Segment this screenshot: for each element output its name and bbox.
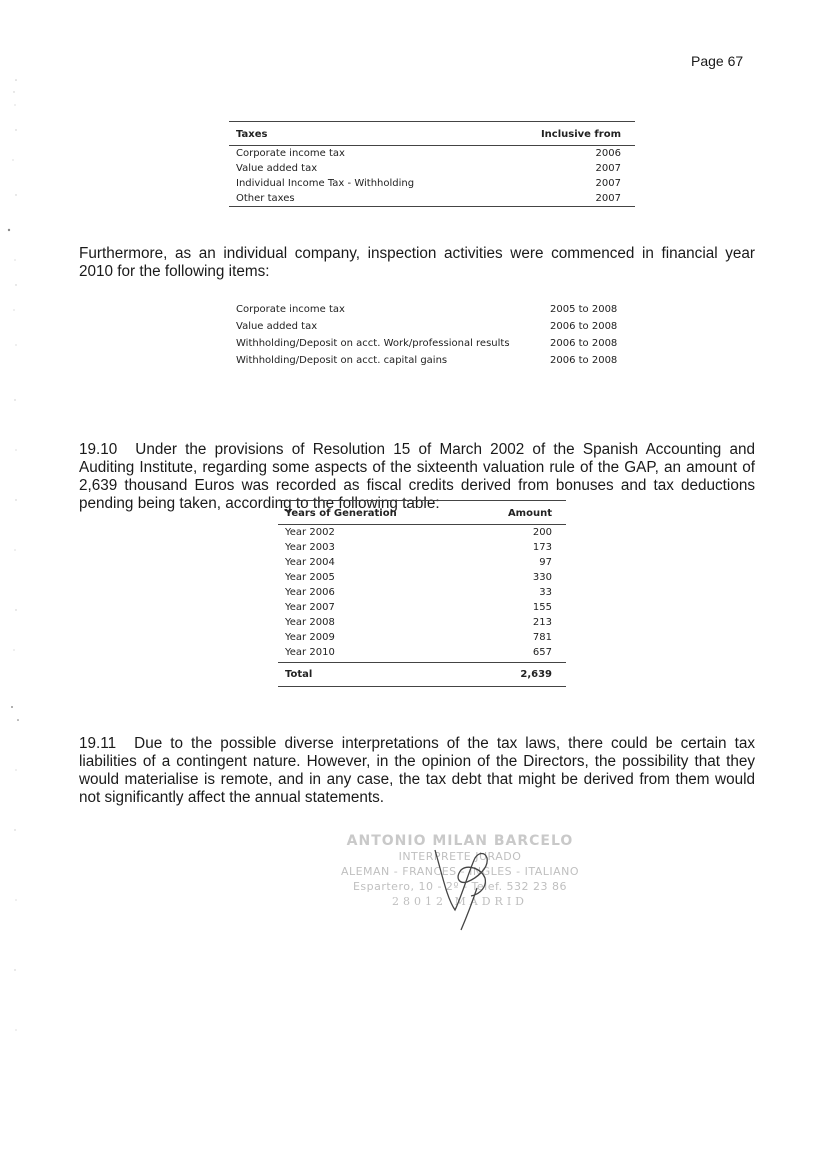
year-label: Year 2005 xyxy=(285,570,335,585)
section-number: 19.10 xyxy=(79,441,117,458)
header-amount: Amount xyxy=(508,508,552,519)
item-name: Withholding/Deposit on acct. capital gai… xyxy=(236,352,447,369)
table-row: Year 2009781 xyxy=(278,630,566,645)
year-label: Year 2007 xyxy=(285,600,335,615)
table-row: Year 200497 xyxy=(278,555,566,570)
table-row: Corporate income tax 2005 to 2008 xyxy=(229,301,629,318)
tax-year: 2007 xyxy=(596,161,621,176)
total-label: Total xyxy=(285,669,312,680)
amount-value: 213 xyxy=(533,615,552,630)
tax-name: Individual Income Tax - Withholding xyxy=(236,176,414,191)
header-inclusive-from: Inclusive from xyxy=(541,129,621,140)
table-row: Value added tax 2006 to 2008 xyxy=(229,318,629,335)
tax-year: 2007 xyxy=(596,176,621,191)
table-row: Individual Income Tax - Withholding 2007 xyxy=(229,176,635,191)
table-row: Corporate income tax 2006 xyxy=(229,146,635,161)
table-row: Year 2007155 xyxy=(278,600,566,615)
year-label: Year 2010 xyxy=(285,645,335,660)
year-label: Year 2004 xyxy=(285,555,335,570)
item-period: 2006 to 2008 xyxy=(550,352,622,369)
item-period: 2006 to 2008 xyxy=(550,335,622,352)
amount-value: 155 xyxy=(533,600,552,615)
table-header: Taxes Inclusive from xyxy=(229,121,635,146)
table-total-row: Total 2,639 xyxy=(278,662,566,687)
table-row: Withholding/Deposit on acct. Work/profes… xyxy=(229,335,629,352)
handwritten-signature xyxy=(415,838,505,933)
item-period: 2006 to 2008 xyxy=(550,318,622,335)
tax-inspection-table: Taxes Inclusive from Corporate income ta… xyxy=(229,121,635,207)
fiscal-credits-table: Years of Generation Amount Year 2002200 … xyxy=(278,500,566,687)
total-value: 2,639 xyxy=(520,669,552,680)
paragraph-text: Due to the possible diverse interpretati… xyxy=(79,735,755,806)
section-number: 19.11 xyxy=(79,735,116,752)
amount-value: 97 xyxy=(539,555,552,570)
table-row: Year 2008213 xyxy=(278,615,566,630)
item-name: Withholding/Deposit on acct. Work/profes… xyxy=(236,335,510,352)
table-row: Year 2010657 xyxy=(278,645,566,660)
tax-name: Corporate income tax xyxy=(236,146,345,161)
year-label: Year 2002 xyxy=(285,525,335,540)
table-header: Years of Generation Amount xyxy=(278,500,566,525)
table-row: Other taxes 2007 xyxy=(229,191,635,207)
inspection-items-table: Corporate income tax 2005 to 2008 Value … xyxy=(229,301,629,369)
year-label: Year 2009 xyxy=(285,630,335,645)
table-row: Year 2002200 xyxy=(278,525,566,540)
amount-value: 33 xyxy=(539,585,552,600)
amount-value: 173 xyxy=(533,540,552,555)
tax-name: Other taxes xyxy=(236,191,295,206)
table-row: Year 2005330 xyxy=(278,570,566,585)
year-label: Year 2006 xyxy=(285,585,335,600)
amount-value: 657 xyxy=(533,645,552,660)
tax-name: Value added tax xyxy=(236,161,317,176)
table-row: Year 200633 xyxy=(278,585,566,600)
item-name: Corporate income tax xyxy=(236,301,345,318)
table-row: Value added tax 2007 xyxy=(229,161,635,176)
page-number: Page 67 xyxy=(691,53,743,69)
scan-margin-marks xyxy=(4,70,26,1070)
table-row: Year 2003173 xyxy=(278,540,566,555)
item-name: Value added tax xyxy=(236,318,317,335)
header-taxes: Taxes xyxy=(236,129,267,140)
year-label: Year 2003 xyxy=(285,540,335,555)
table-row: Withholding/Deposit on acct. capital gai… xyxy=(229,352,629,369)
paragraph-19-11: 19.11Due to the possible diverse interpr… xyxy=(79,735,755,807)
amount-value: 781 xyxy=(533,630,552,645)
amount-value: 200 xyxy=(533,525,552,540)
header-years-of-generation: Years of Generation xyxy=(285,508,397,519)
tax-year: 2006 xyxy=(596,146,621,161)
amount-value: 330 xyxy=(533,570,552,585)
year-label: Year 2008 xyxy=(285,615,335,630)
paragraph-inspection-intro: Furthermore, as an individual company, i… xyxy=(79,245,755,281)
item-period: 2005 to 2008 xyxy=(550,301,622,318)
tax-year: 2007 xyxy=(596,191,621,206)
